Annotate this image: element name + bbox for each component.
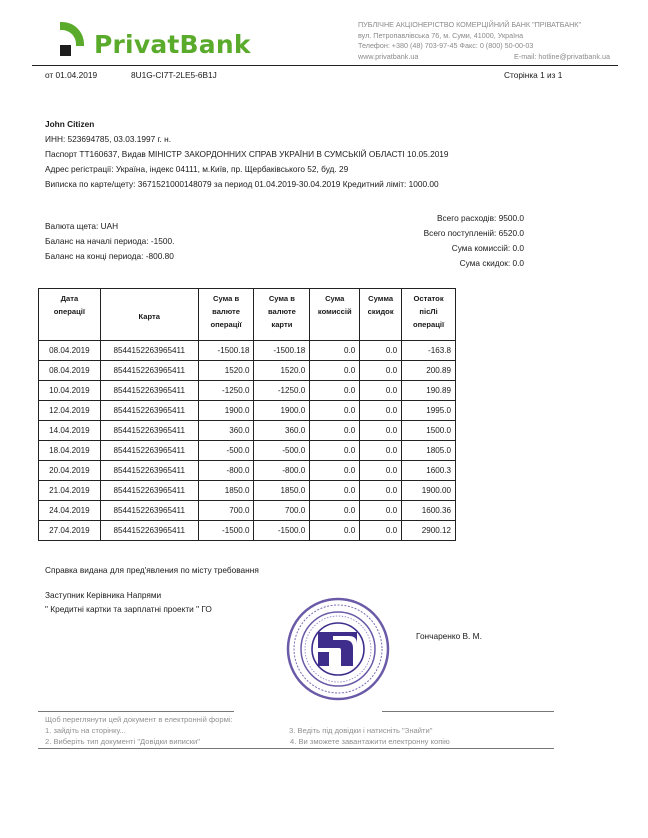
table-cell: 8544152263965411 (100, 401, 198, 421)
column-header: Датаоперації (39, 289, 101, 341)
position-line-1: Заступник Керівника Напрями (45, 588, 212, 602)
table-cell: 0.0 (310, 481, 360, 501)
table-cell: -1500.18 (254, 341, 310, 361)
table-cell: 1600.36 (402, 501, 456, 521)
table-cell: 12.04.2019 (39, 401, 101, 421)
table-row: 10.04.20198544152263965411-1250.0-1250.0… (39, 381, 456, 401)
table-cell: 0.0 (360, 461, 402, 481)
footer-step-3: 3. Ведіть під довідки і натисніть "Знайт… (289, 725, 432, 736)
table-cell: 1520.0 (254, 361, 310, 381)
table-cell: 0.0 (360, 501, 402, 521)
table-cell: 21.04.2019 (39, 481, 101, 501)
table-cell: 1805.0 (402, 441, 456, 461)
table-row: 18.04.20198544152263965411-500.0-500.00.… (39, 441, 456, 461)
total-commission: Сума комиссій: 0.0 (424, 241, 524, 256)
table-cell: -1500.0 (198, 521, 254, 541)
table-cell: 0.0 (360, 361, 402, 381)
table-cell: -800.0 (254, 461, 310, 481)
bank-contact-info: ПУБЛІЧНЕ АКЦІОНЕРІСТВО КОМЕРЦІЙНИЙ БАНК … (358, 20, 618, 62)
table-cell: -500.0 (198, 441, 254, 461)
table-row: 21.04.201985441522639654111850.01850.00.… (39, 481, 456, 501)
table-cell: 0.0 (310, 381, 360, 401)
footer-divider-right (382, 711, 554, 712)
table-cell: 24.04.2019 (39, 501, 101, 521)
table-cell: 700.0 (198, 501, 254, 521)
table-cell: 20.04.2019 (39, 461, 101, 481)
table-cell: 8544152263965411 (100, 441, 198, 461)
column-header: Суммаскидок (360, 289, 402, 341)
bank-stamp-icon (285, 596, 391, 702)
total-discounts: Сума скидок: 0.0 (424, 256, 524, 271)
position-line-2: " Кредитні картки та зарплатні проекти "… (45, 602, 212, 616)
table-cell: 0.0 (360, 381, 402, 401)
table-cell: 1600.3 (402, 461, 456, 481)
column-header: Карта (100, 289, 198, 341)
table-cell: 0.0 (360, 341, 402, 361)
table-cell: 0.0 (310, 521, 360, 541)
bank-website: www.privatbank.ua (358, 52, 418, 63)
page-number: Сторінка 1 из 1 (504, 70, 562, 80)
table-cell: 0.0 (310, 421, 360, 441)
client-address: Адрес регістрації: Україна, індекс 04111… (45, 162, 605, 177)
table-row: 12.04.201985441522639654111900.01900.00.… (39, 401, 456, 421)
column-header: Сумакомиссій (310, 289, 360, 341)
table-cell: 200.89 (402, 361, 456, 381)
table-cell: 8544152263965411 (100, 361, 198, 381)
table-cell: 1850.0 (254, 481, 310, 501)
table-cell: 8544152263965411 (100, 421, 198, 441)
footer-step-4: 4. Ви зможете завантажити електронну коп… (290, 736, 450, 747)
client-inn: ИНН: 523694785, 03.03.1997 г. н. (45, 132, 605, 147)
table-cell: -500.0 (254, 441, 310, 461)
table-cell: 8544152263965411 (100, 521, 198, 541)
total-expenses: Всего расходів: 9500.0 (424, 211, 524, 226)
table-cell: 1900.0 (254, 401, 310, 421)
table-cell: 8544152263965411 (100, 501, 198, 521)
table-cell: 700.0 (254, 501, 310, 521)
column-header: ОстатокпісЛіоперації (402, 289, 456, 341)
table-cell: 0.0 (310, 441, 360, 461)
table-cell: 08.04.2019 (39, 341, 101, 361)
table-cell: 27.04.2019 (39, 521, 101, 541)
document-code: 8U1G-CI7T-2LE5-6B1J (131, 70, 217, 80)
account-currency: Валюта щета: UAH (45, 219, 174, 234)
table-cell: 1995.0 (402, 401, 456, 421)
table-cell: 0.0 (360, 421, 402, 441)
table-cell: 0.0 (310, 341, 360, 361)
table-cell: 0.0 (360, 521, 402, 541)
table-cell: 360.0 (254, 421, 310, 441)
privatbank-logo: PrivatBank (58, 20, 251, 56)
table-cell: -1250.0 (198, 381, 254, 401)
table-cell: 1850.0 (198, 481, 254, 501)
footer-divider-bottom (38, 748, 554, 749)
transactions-table: ДатаопераціїКартаСума ввалютеопераціїСум… (38, 288, 456, 541)
table-cell: 1900.00 (402, 481, 456, 501)
balance-end: Баланс на конці периода: -800.80 (45, 249, 174, 264)
bank-email: E-mail: hotline@privatbank.ua (514, 52, 610, 63)
table-header-row: ДатаопераціїКартаСума ввалютеопераціїСум… (39, 289, 456, 341)
footer-intro: Щоб переглянути цей документ в електронн… (45, 714, 233, 725)
column-header: Сума ввалютекарти (254, 289, 310, 341)
table-cell: 2900.12 (402, 521, 456, 541)
table-cell: 1500.0 (402, 421, 456, 441)
logo-text: PrivatBank (94, 32, 251, 58)
certificate-note: Справка видана для пред'явления по місту… (45, 563, 259, 578)
table-cell: 14.04.2019 (39, 421, 101, 441)
table-row: 27.04.20198544152263965411-1500.0-1500.0… (39, 521, 456, 541)
table-cell: 8544152263965411 (100, 381, 198, 401)
signer-name: Гончаренко В. М. (416, 631, 482, 641)
statement-period: Виписка по карте/щету: 3671521000148079 … (45, 177, 605, 192)
bank-name: ПУБЛІЧНЕ АКЦІОНЕРІСТВО КОМЕРЦІЙНИЙ БАНК … (358, 20, 618, 31)
table-cell: 8544152263965411 (100, 461, 198, 481)
table-cell: -163.8 (402, 341, 456, 361)
balance-info: Валюта щета: UAH Баланс на началі период… (45, 219, 174, 264)
table-cell: 0.0 (360, 481, 402, 501)
table-cell: 10.04.2019 (39, 381, 101, 401)
table-cell: 8544152263965411 (100, 481, 198, 501)
table-cell: -1500.0 (254, 521, 310, 541)
table-cell: 0.0 (310, 461, 360, 481)
table-row: 08.04.201985441522639654111520.01520.00.… (39, 361, 456, 381)
table-cell: 1900.0 (198, 401, 254, 421)
table-row: 08.04.20198544152263965411-1500.18-1500.… (39, 341, 456, 361)
header-divider (32, 65, 618, 66)
signer-position: Заступник Керівника Напрями " Кредитні к… (45, 588, 212, 616)
table-cell: 18.04.2019 (39, 441, 101, 461)
table-cell: 1520.0 (198, 361, 254, 381)
table-cell: 0.0 (310, 401, 360, 421)
balance-start: Баланс на началі периода: -1500. (45, 234, 174, 249)
table-cell: -1500.18 (198, 341, 254, 361)
document-date: от 01.04.2019 (45, 70, 97, 80)
table-cell: 0.0 (360, 441, 402, 461)
client-info: John Citizen ИНН: 523694785, 03.03.1997 … (45, 117, 605, 192)
table-cell: -800.0 (198, 461, 254, 481)
table-cell: 0.0 (360, 401, 402, 421)
table-cell: 08.04.2019 (39, 361, 101, 381)
table-cell: 0.0 (310, 501, 360, 521)
footer-divider-left (38, 711, 234, 712)
totals-info: Всего расходів: 9500.0 Всего поступленій… (424, 211, 524, 271)
privatbank-logo-icon (58, 22, 92, 56)
table-cell: -1250.0 (254, 381, 310, 401)
table-cell: 190.89 (402, 381, 456, 401)
table-cell: 360.0 (198, 421, 254, 441)
client-passport: Паспорт ТТ160637, Видав МІНІСТР ЗАКОРДОН… (45, 147, 605, 162)
table-cell: 0.0 (310, 361, 360, 381)
table-body: 08.04.20198544152263965411-1500.18-1500.… (39, 341, 456, 541)
bank-phone: Телефон: +380 (48) 703-97-45 Факс: 0 (80… (358, 41, 618, 52)
column-header: Сума ввалютеоперації (198, 289, 254, 341)
table-row: 14.04.20198544152263965411360.0360.00.00… (39, 421, 456, 441)
bank-address: вул. Петропавлівська 76, м. Суми, 41000,… (358, 31, 618, 42)
total-income: Всего поступленій: 6520.0 (424, 226, 524, 241)
table-cell: 8544152263965411 (100, 341, 198, 361)
footer-step-1: 1. зайдіть на сторінку... (45, 725, 126, 736)
client-name: John Citizen (45, 117, 605, 132)
table-row: 20.04.20198544152263965411-800.0-800.00.… (39, 461, 456, 481)
footer-step-2: 2. Виберіть тип документі "Довідки випис… (45, 736, 200, 747)
table-row: 24.04.20198544152263965411700.0700.00.00… (39, 501, 456, 521)
